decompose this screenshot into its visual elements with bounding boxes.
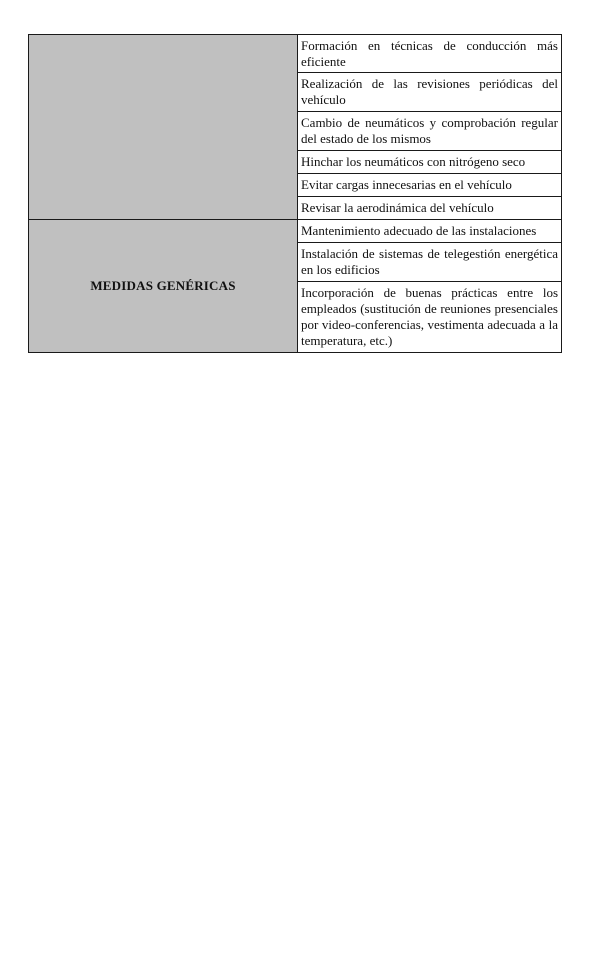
measure-item: Hinchar los neumáticos con nitrógeno sec… [298,151,562,174]
measure-item: Evitar cargas innecesarias en el vehícul… [298,174,562,197]
measure-item: Cambio de neumáticos y comprobación regu… [298,112,562,151]
table-row: MEDIDAS GENÉRICAS Mantenimiento adecuado… [29,220,562,243]
category-cell-generic: MEDIDAS GENÉRICAS [29,220,298,353]
measure-item: Incorporación de buenas prácticas entre … [298,282,562,353]
category-cell-vehicles [29,35,298,220]
measures-table: Formación en técnicas de conducción más … [28,34,562,353]
measure-item: Instalación de sistemas de telegestión e… [298,243,562,282]
measure-item: Revisar la aerodinámica del vehículo [298,197,562,220]
table-row: Formación en técnicas de conducción más … [29,35,562,73]
measure-item: Formación en técnicas de conducción más … [298,35,562,73]
measure-item: Realización de las revisiones periódicas… [298,73,562,112]
measure-item: Mantenimiento adecuado de las instalacio… [298,220,562,243]
